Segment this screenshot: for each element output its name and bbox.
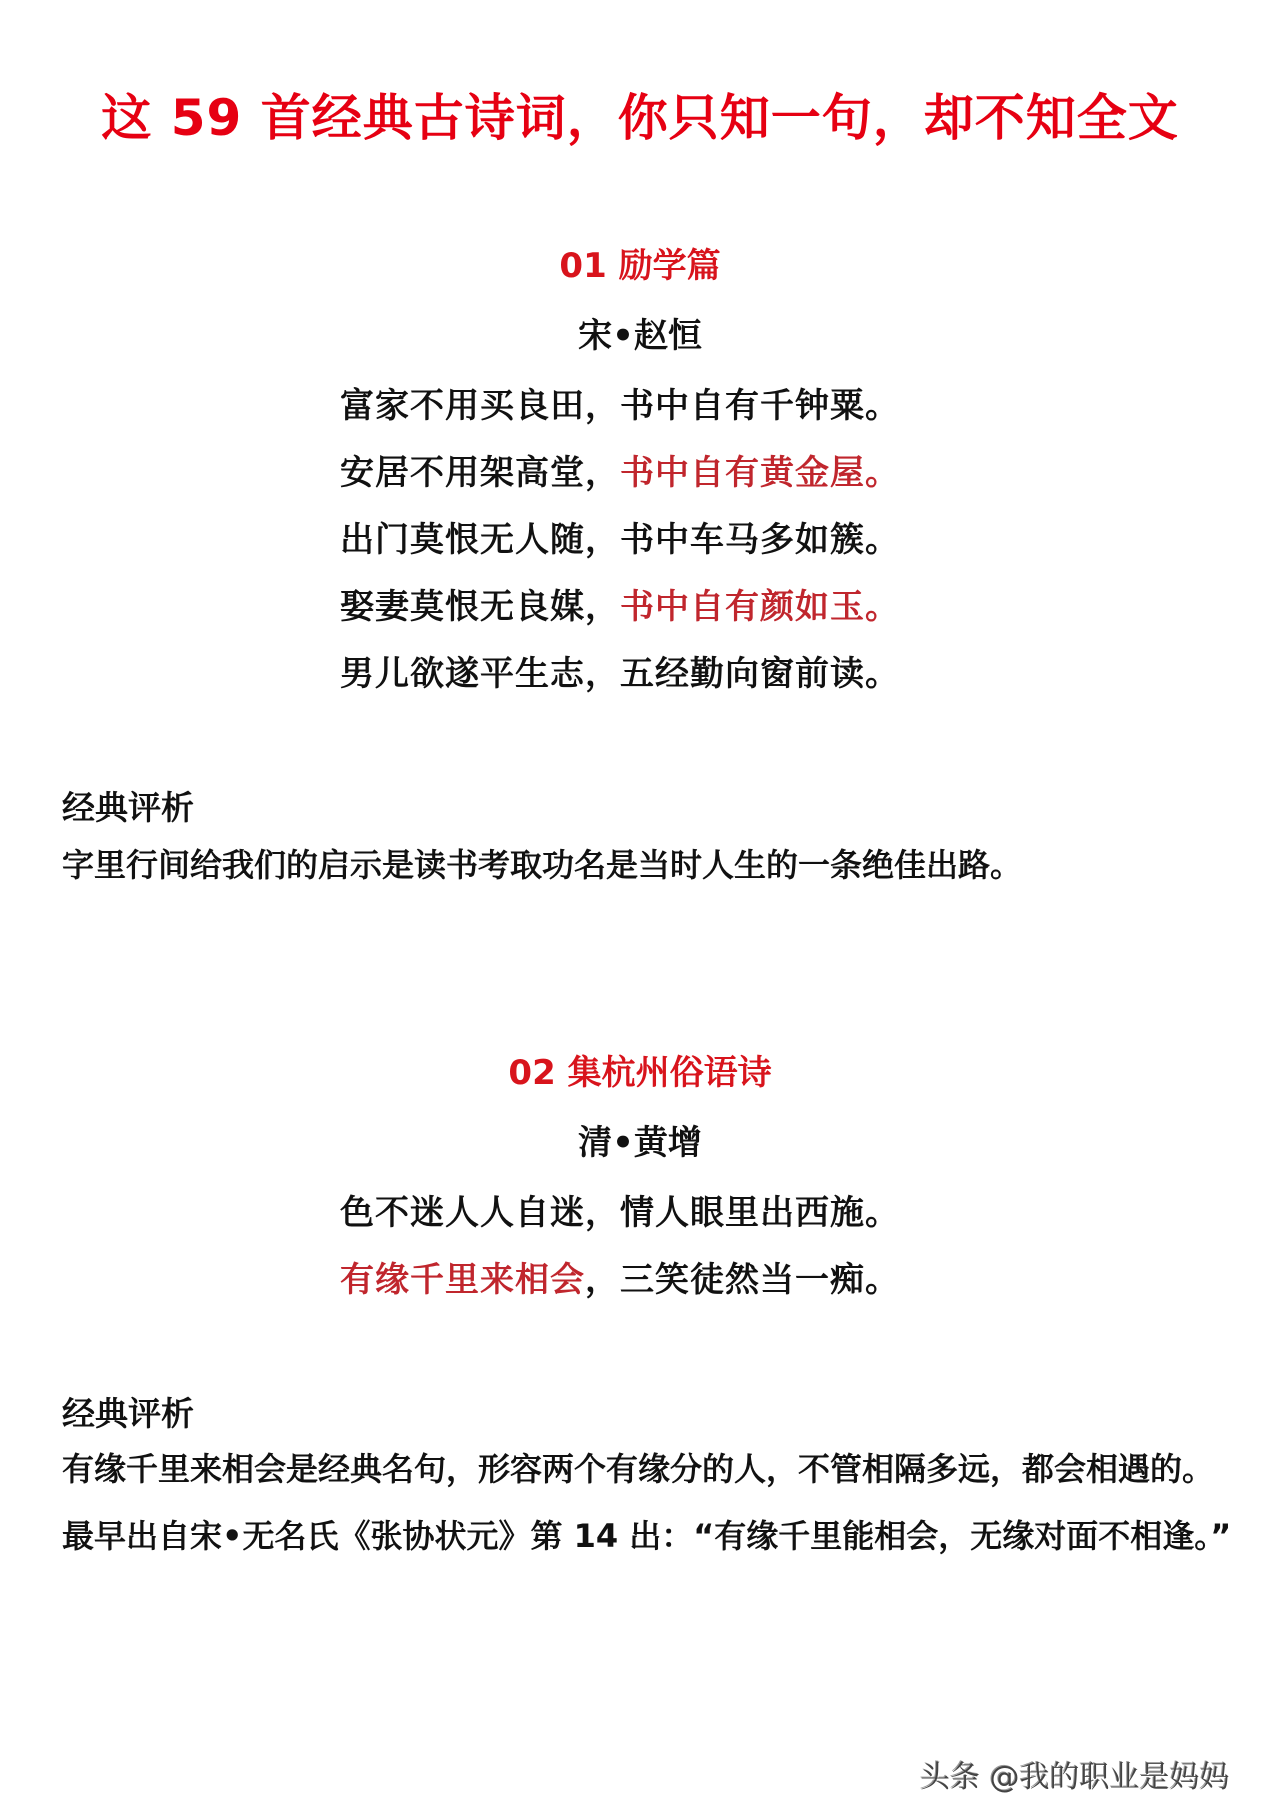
verse-highlight: 书中自有黄金屋。	[620, 453, 900, 493]
verse-second-half: 书中自有千钟粟。	[620, 386, 900, 426]
analysis-label-1: 经典评析	[62, 782, 194, 829]
section-heading-1: 01 励学篇	[0, 238, 1280, 287]
verse-line: 出门莫恨无人随，书中车马多如簇。	[340, 512, 900, 561]
verse-first-half: 出门莫恨无人随，	[340, 520, 620, 560]
verse-second-half: 书中车马多如簇。	[620, 520, 900, 560]
section-author-1: 宋•赵恒	[0, 308, 1280, 357]
verse-first-half: 娶妻莫恨无良媒，	[340, 587, 620, 627]
verse-second-half: 情人眼里出西施。	[620, 1193, 900, 1233]
analysis-text-2: 有缘千里来相会是经典名句，形容两个有缘分的人，不管相隔多远，都会相遇的。最早出自…	[62, 1436, 1232, 1570]
verse-line: 男儿欲遂平生志，五经勤向窗前读。	[340, 646, 900, 695]
verse-first-half: 色不迷人人自迷，	[340, 1193, 620, 1233]
analysis-text-1: 字里行间给我们的启示是读书考取功名是当时人生的一条绝佳出路。	[62, 832, 1232, 899]
verse-line: 色不迷人人自迷，情人眼里出西施。	[340, 1185, 900, 1234]
verse-second-half: ，三笑徒然当一痴。	[585, 1260, 900, 1300]
verse-line: 娶妻莫恨无良媒，书中自有颜如玉。	[340, 579, 900, 628]
section-author-2: 清•黄增	[0, 1115, 1280, 1164]
verse-second-half: 五经勤向窗前读。	[620, 654, 900, 694]
verse-line: 富家不用买良田，书中自有千钟粟。	[340, 378, 900, 427]
verse-line: 有缘千里来相会，三笑徒然当一痴。	[340, 1252, 900, 1301]
verse-first-half: 富家不用买良田，	[340, 386, 620, 426]
section-heading-2: 02 集杭州俗语诗	[0, 1045, 1280, 1094]
analysis-label-2: 经典评析	[62, 1388, 194, 1435]
page-title: 这 59 首经典古诗词，你只知一句，却不知全文	[0, 78, 1280, 150]
verse-first-half: 男儿欲遂平生志，	[340, 654, 620, 694]
verse-highlight: 有缘千里来相会	[340, 1260, 585, 1300]
verse-first-half: 安居不用架高堂，	[340, 453, 620, 493]
verse-highlight: 书中自有颜如玉。	[620, 587, 900, 627]
watermark: 头条 @我的职业是妈妈	[920, 1752, 1230, 1796]
verse-line: 安居不用架高堂，书中自有黄金屋。	[340, 445, 900, 494]
